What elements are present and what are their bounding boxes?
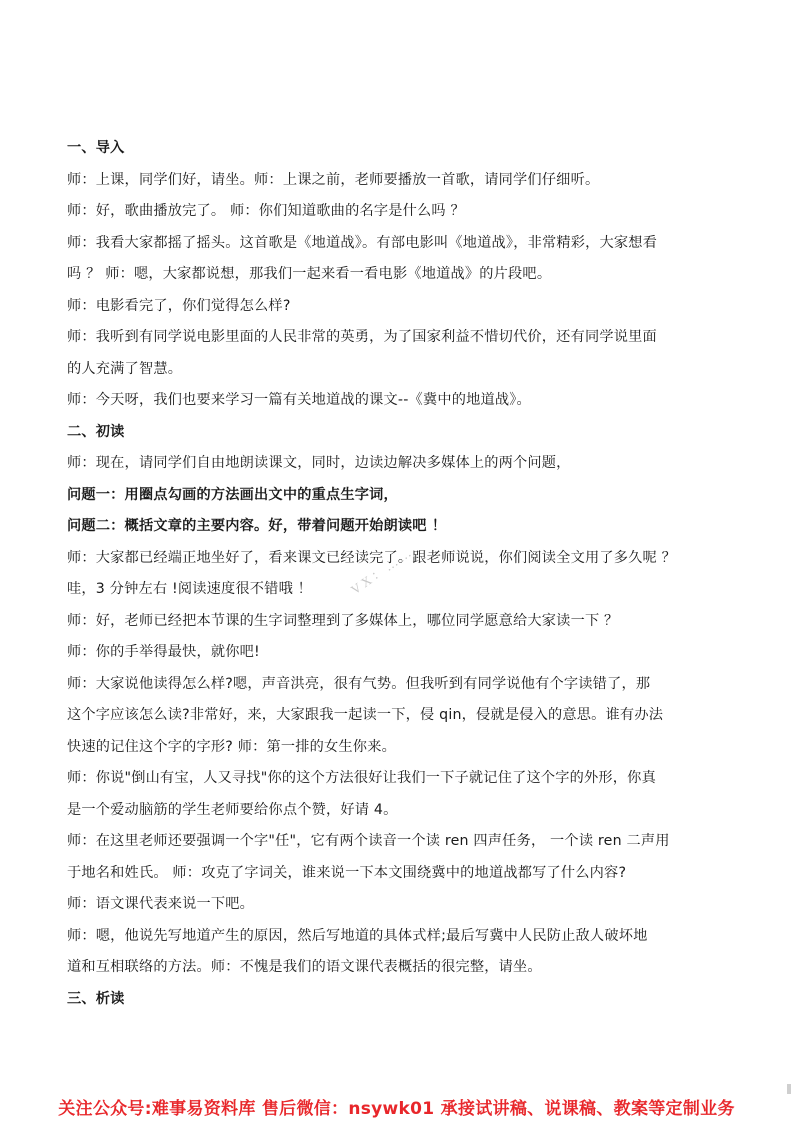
- paragraph-line: 快速的记住这个字的字形? 师：第一排的女生你来。: [67, 732, 727, 764]
- paragraph-line: 哇，3 分钟左右 !阅读速度很不错哦 ！: [67, 574, 727, 606]
- question-one: 问题一：用圈点勾画的方法画出文中的重点生字词，: [67, 480, 727, 512]
- paragraph-line: 师：我看大家都摇了摇头。这首歌是《地道战》。有部电影叫《地道战》，非常精彩，大家…: [67, 228, 727, 260]
- paragraph-line: 师：大家说他读得怎么样?嗯，声音洪亮，很有气势。但我听到有同学说他有个字读错了，…: [67, 669, 727, 701]
- paragraph-line: 是一个爱动脑筋的学生老师要给你点个赞，好请 4。: [67, 795, 727, 827]
- paragraph-line: 这个字应该怎么读?非常好，来，大家跟我一起读一下，侵 qin，侵就是侵入的意思。…: [67, 700, 727, 732]
- document-body: 一、导入 师：上课，同学们好，请坐。师：上课之前，老师要播放一首歌，请同学们仔细…: [67, 133, 727, 1015]
- paragraph-line: 师：现在，请同学们自由地朗读课文，同时，边读边解决多媒体上的两个问题，: [67, 448, 727, 480]
- paragraph-line: 师：上课，同学们好，请坐。师：上课之前，老师要播放一首歌，请同学们仔细听。: [67, 165, 727, 197]
- paragraph-line: 师：在这里老师还要强调一个字"任"，它有两个读音一个读 ren 四声任务， 一个…: [67, 826, 727, 858]
- paragraph-line: 师：好，老师已经把本节课的生字词整理到了多媒体上，哪位同学愿意给大家读一下 ？: [67, 606, 727, 638]
- paragraph-line: 师：你的手举得最快，就你吧!: [67, 637, 727, 669]
- footer-banner: 关注公众号:难事易资料库 售后微信：nsywk01 承接试讲稿、说课稿、教案等定…: [0, 1094, 793, 1119]
- paragraph-line: 师：今天呀，我们也要来学习一篇有关地道战的课文--《冀中的地道战》。: [67, 385, 727, 417]
- paragraph-line: 师：语文课代表来说一下吧。: [67, 889, 727, 921]
- paragraph-line: 于地名和姓氏。 师：攻克了字词关，谁来说一下本文围绕冀中的地道战都写了什么内容?: [67, 858, 727, 890]
- question-two: 问题二：概括文章的主要内容。好，带着问题开始朗读吧 ！: [67, 511, 727, 543]
- paragraph-line: 师：好，歌曲播放完了。 师：你们知道歌曲的名字是什么吗 ？: [67, 196, 727, 228]
- paragraph-line: 的人充满了智慧。: [67, 354, 727, 386]
- paragraph-line: 师：电影看完了，你们觉得怎么样?: [67, 291, 727, 323]
- section-heading-analysis: 三、析读: [67, 984, 727, 1016]
- paragraph-line: 师：我听到有同学说电影里面的人民非常的英勇，为了国家利益不惜切代价，还有同学说里…: [67, 322, 727, 354]
- section-heading-intro: 一、导入: [67, 133, 727, 165]
- paragraph-line: 吗 ？ 师：嗯，大家都说想，那我们一起来看一看电影《地道战》的片段吧。: [67, 259, 727, 291]
- paragraph-line: 师：嗯，他说先写地道产生的原因，然后写地道的具体式样;最后写冀中人民防止敌人破坏…: [67, 921, 727, 953]
- page-corner-mark: [787, 1084, 791, 1094]
- paragraph-line: 师：你说"倒山有宝，人又寻找"你的这个方法很好让我们一下子就记住了这个字的外形，…: [67, 763, 727, 795]
- section-heading-first-reading: 二、初读: [67, 417, 727, 449]
- paragraph-line: 道和互相联络的方法。师：不愧是我们的语文课代表概括的很完整，请坐。: [67, 952, 727, 984]
